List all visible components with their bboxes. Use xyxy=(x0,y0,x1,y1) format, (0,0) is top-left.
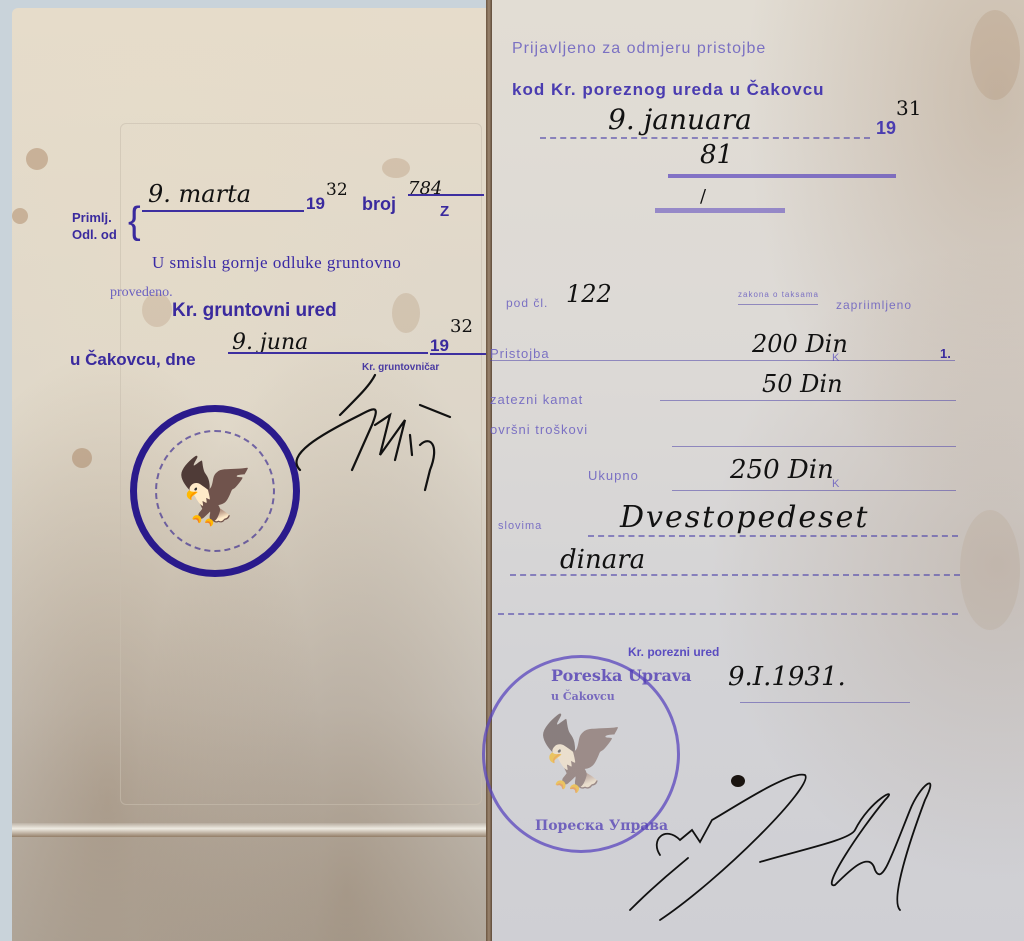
amount-in-words-line1: Dvestopedeset xyxy=(620,500,869,535)
recorded-date-rule xyxy=(228,352,428,354)
closing-date-rule xyxy=(740,702,910,703)
row-label-fee: Pristojba xyxy=(490,346,550,361)
fraction-mark: / xyxy=(700,186,706,207)
stain xyxy=(392,293,420,333)
year-suffix: 32 xyxy=(326,180,348,200)
body-text-line2: provedeno. xyxy=(110,285,173,301)
registration-number: 81 xyxy=(700,140,733,170)
reg-year-prefix: 19 xyxy=(876,118,896,139)
row-label-total: Ukupno xyxy=(588,468,639,483)
office-title: Kr. gruntovni ured xyxy=(172,300,337,322)
reg-year-suffix: 31 xyxy=(896,96,921,120)
brace: { xyxy=(128,200,141,243)
stain xyxy=(12,208,28,224)
broj-label: broj xyxy=(362,194,396,215)
tariff-label: zakona o taksama xyxy=(738,290,819,299)
stain xyxy=(26,148,48,170)
row-rule xyxy=(660,400,956,401)
tax-office-label: Kr. porezni ured xyxy=(628,645,719,659)
signatory-label: Kr. gruntovničar xyxy=(362,362,439,373)
row-value-total: 250 Din xyxy=(730,455,834,485)
primlj-label: Primlj. xyxy=(72,210,112,225)
right-signature xyxy=(620,770,960,920)
seal-text-mid: u Čakovcu xyxy=(551,690,615,703)
land-registry-seal: 🦅 xyxy=(130,405,300,577)
tariff-rule xyxy=(738,304,818,305)
amount-in-words-line2: dinara xyxy=(560,545,645,575)
registration-date-rule xyxy=(540,137,870,139)
row-value-interest: 50 Din xyxy=(762,370,843,398)
paper-fold xyxy=(12,823,490,837)
decision-date: 9. marta xyxy=(148,180,251,208)
row-note-fee: 1. xyxy=(940,346,951,361)
book-spine xyxy=(486,0,492,941)
year-prefix: 19 xyxy=(306,194,325,214)
stain xyxy=(72,448,92,468)
words-rule xyxy=(498,613,958,615)
seal-text-top: Poreska Uprava xyxy=(551,666,692,685)
year2-rule xyxy=(430,353,486,355)
broj-rule xyxy=(408,194,484,196)
row-unit-total: K xyxy=(832,478,840,490)
words-rule xyxy=(510,574,960,576)
header-line1: Prijavljeno za odmjeru pristojbe xyxy=(512,40,766,58)
row-rule xyxy=(490,360,955,361)
row-label-interest: zatezni kamat xyxy=(490,392,583,407)
subrule xyxy=(655,208,785,213)
row-label-costs: ovršni troškovi xyxy=(490,422,588,437)
closing-date: 9.I.1931. xyxy=(728,662,846,692)
left-signature xyxy=(280,375,470,495)
row-unit-fee: K xyxy=(832,352,840,364)
number-rule xyxy=(668,174,896,178)
place-date-label: u Čakovcu, dne xyxy=(70,350,196,370)
column-label: zapriimljeno xyxy=(836,298,912,312)
header-line2: kod Kr. poreznog ureda u Čakovcu xyxy=(512,80,825,100)
words-label: slovima xyxy=(498,520,542,532)
words-rule xyxy=(588,535,958,537)
stain xyxy=(970,10,1020,100)
ink-blot xyxy=(731,775,745,787)
registration-date: 9. januara xyxy=(608,103,752,136)
year2-suffix: 32 xyxy=(450,316,473,337)
double-headed-eagle-icon: 🦅 xyxy=(536,718,626,790)
body-text-line1: U smislu gornje odluke gruntovno xyxy=(152,253,401,273)
reference-value: 122 xyxy=(566,280,612,308)
odl-label: Odl. od xyxy=(72,227,117,242)
date-rule xyxy=(142,210,304,212)
broj-suffix: Z xyxy=(440,203,449,220)
row-rule xyxy=(672,446,956,447)
reference-label: pod čl. xyxy=(506,296,548,310)
row-rule xyxy=(672,490,956,491)
stain xyxy=(960,510,1020,630)
double-headed-eagle-icon: 🦅 xyxy=(175,459,255,523)
stain xyxy=(382,158,410,178)
